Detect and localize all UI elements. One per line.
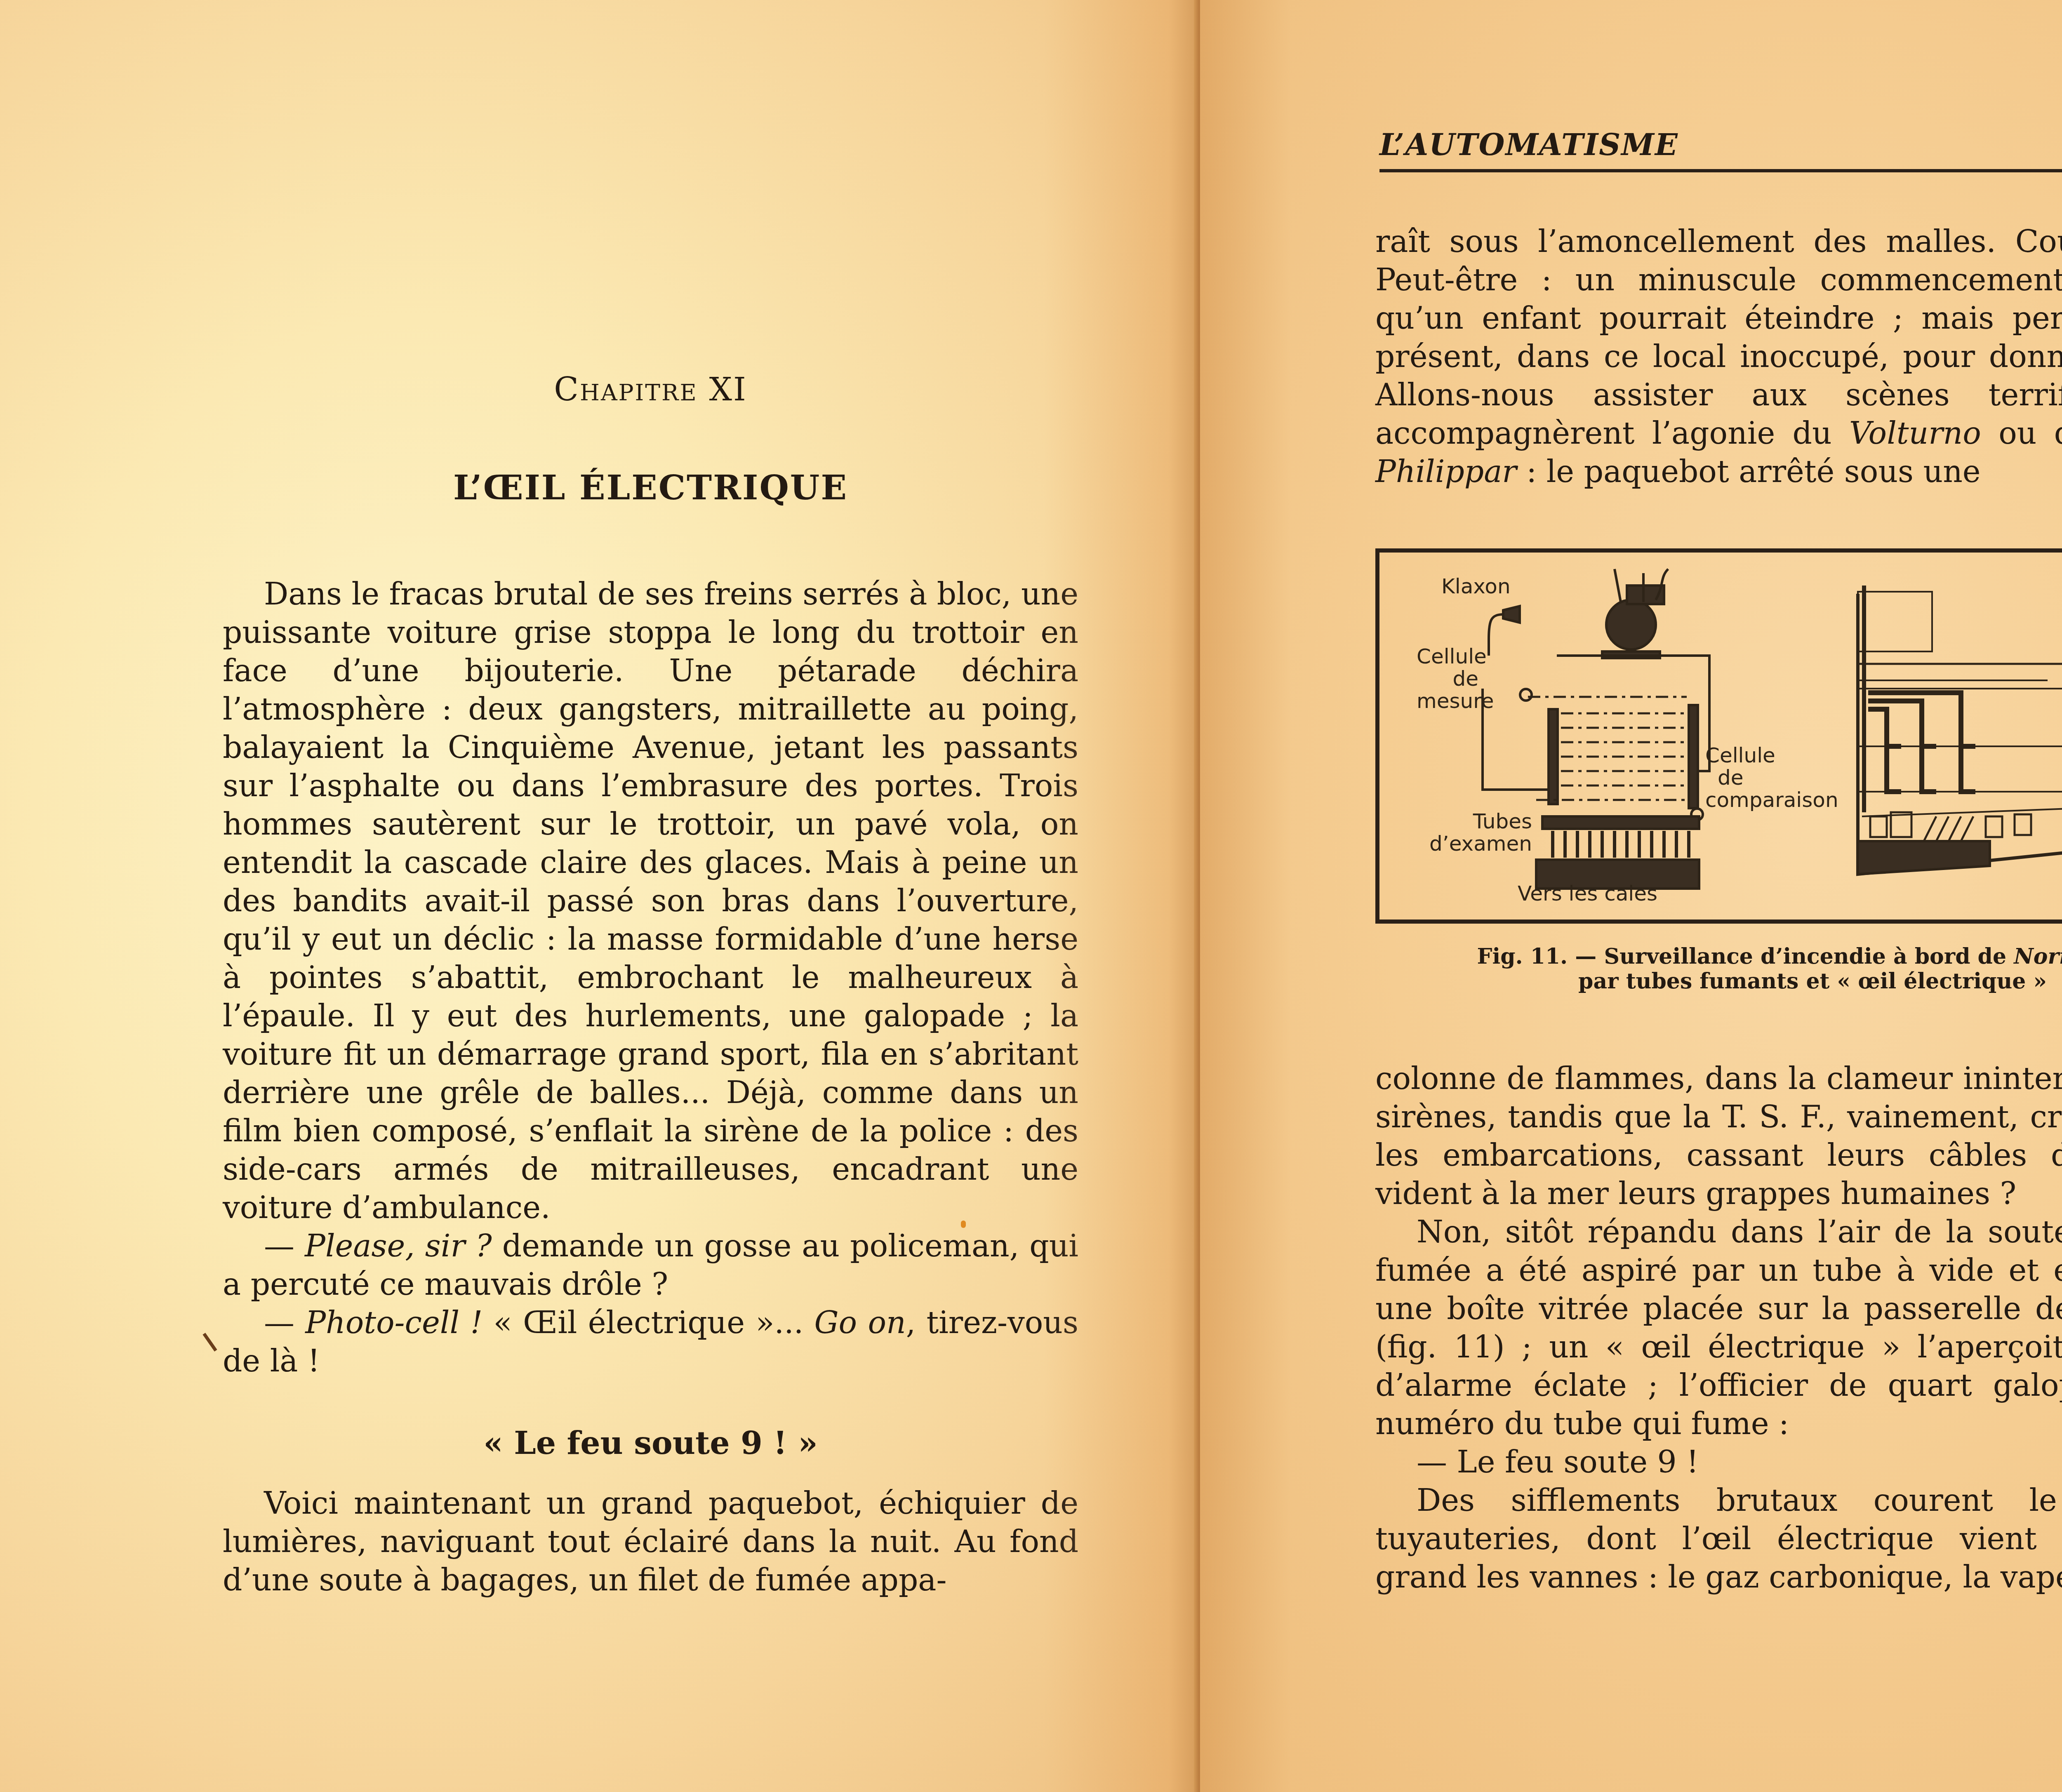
right-body-text-2: colonne de flammes, dans la clameur inin…: [1375, 1060, 2062, 1597]
ink-spot: [961, 1221, 966, 1228]
left-body-text: Dans le fracas brutal de ses freins serr…: [223, 575, 1078, 1380]
klaxon-icon: [1503, 606, 1520, 623]
book-spread: Chapitre XI L’ŒIL ÉLECTRIQUE Dans le fra…: [0, 0, 2062, 1792]
running-title: L’AUTOMATISME: [1379, 127, 1678, 162]
label-klaxon: Klaxon: [1441, 575, 1511, 597]
dialogue-line: — Please, sir ? demande un gosse au poli…: [223, 1227, 1078, 1304]
left-body-text-2: Voici maintenant un grand paquebot, échi…: [223, 1484, 1078, 1599]
dialogue-line: — Photo-cell ! « Œil électrique »... Go …: [223, 1304, 1078, 1380]
label-cellule-comparaison: Cellule de comparaison: [1705, 744, 1838, 811]
dialogue-line: — Le feu soute 9 !: [1375, 1443, 2062, 1482]
label-tubes-examen: Tubes d’examen: [1400, 810, 1532, 855]
paragraph: Dans le fracas brutal de ses freins serr…: [223, 575, 1078, 1227]
pencil-mark: [202, 1333, 217, 1352]
paragraph: colonne de flammes, dans la clameur inin…: [1375, 1060, 2062, 1213]
figure-11-diagram: Klaxon Cellule de mesure Cellule de comp…: [1375, 548, 2062, 924]
paragraph: Voici maintenant un grand paquebot, échi…: [223, 1484, 1078, 1599]
figure-caption: Fig. 11. — Surveillance d’incendie à bor…: [1375, 944, 2062, 994]
paragraph: Non, sitôt répandu dans l’air de la sout…: [1375, 1213, 2062, 1443]
label-cellule-mesure: Cellule de mesure: [1417, 645, 1478, 712]
label-vers-les-cales: Vers les cales: [1518, 882, 1657, 905]
paragraph: Des sifflements brutaux courent le long …: [1375, 1482, 2062, 1597]
paragraph: raît sous l’amoncellement des malles. Co…: [1375, 223, 2062, 491]
left-page: Chapitre XI L’ŒIL ÉLECTRIQUE Dans le fra…: [0, 0, 1200, 1792]
chapter-title: L’ŒIL ÉLECTRIQUE: [223, 468, 1078, 508]
chapter-number: Chapitre XI: [223, 371, 1078, 408]
section-heading: « Le feu soute 9 ! »: [223, 1425, 1078, 1461]
running-header: L’AUTOMATISME 99: [1379, 124, 2062, 172]
fire-detection-diagram: [1379, 553, 2062, 920]
right-body-text: raît sous l’amoncellement des malles. Co…: [1375, 223, 2062, 491]
